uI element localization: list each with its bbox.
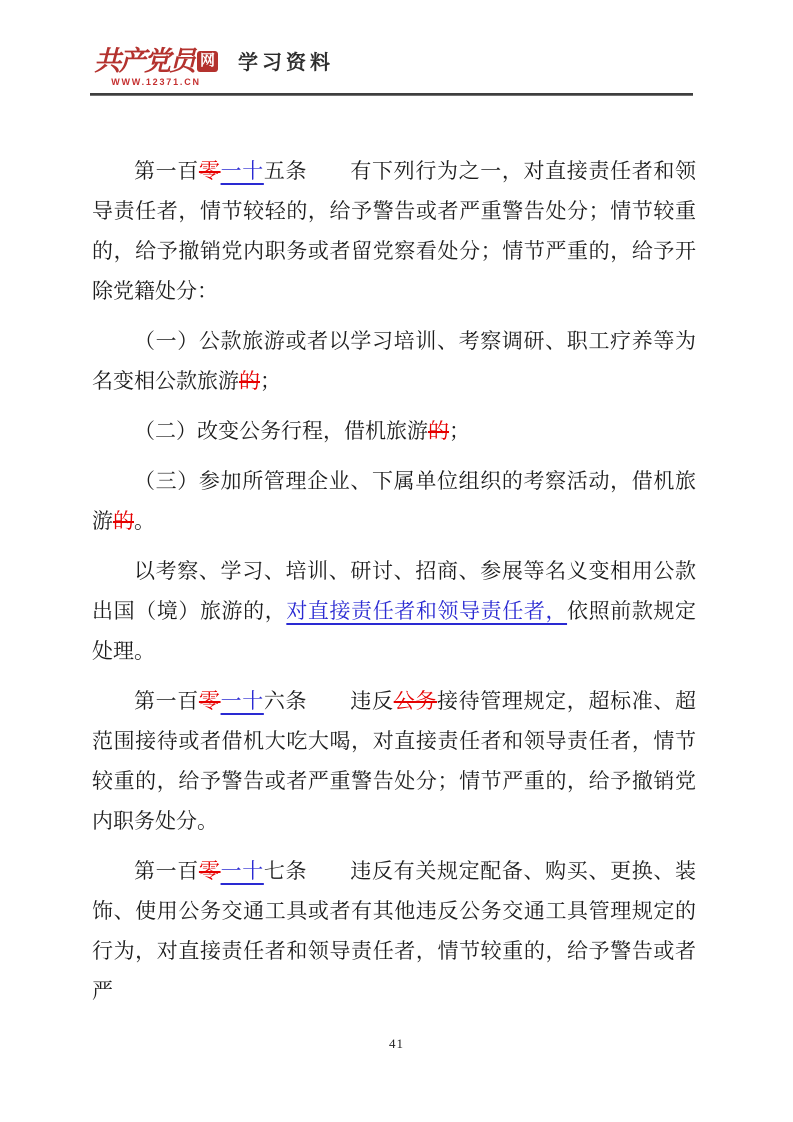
paragraph: 第一百零一十七条 违反有关规定配备、购买、更换、装饰、使用公务交通工具或者有其他… [92,851,696,1011]
site-logo: 共产党员 网 WWW.12371.CN [94,48,218,87]
text-run: （三）参加所管理企业、下属单位组织的考察活动，借机旅游 [92,469,696,533]
text-run: ； [260,369,281,393]
logo-url-text: WWW.12371.CN [111,77,201,87]
deleted-text: 零 [199,159,221,183]
text-run: 第一百 [134,159,199,183]
paragraph: 第一百零一十六条 违反公务接待管理规定，超标准、超范围接待或者借机大吃大喝，对直… [92,681,696,841]
inserted-text: 一十 [221,689,264,713]
text-run: 第一百 [134,859,199,883]
text-run: 六条 违反 [264,689,394,713]
doc-type-label: 学习资料 [238,46,334,87]
paragraph: （三）参加所管理企业、下属单位组织的考察活动，借机旅游的。 [92,461,696,541]
deleted-text: 零 [199,859,221,883]
logo-wang-badge: 网 [197,51,218,72]
deleted-text: 零 [199,689,221,713]
deleted-text: 的 [239,369,260,393]
deleted-text: 的 [113,509,134,533]
text-run: ； [449,419,470,443]
text-run: 。 [134,509,155,533]
text-run: （一）公款旅游或者以学习培训、考察调研、职工疗养等为名变相公款旅游 [92,329,696,393]
document-body: 第一百零一十五条 有下列行为之一，对直接责任者和领导责任者，情节较轻的，给予警告… [92,151,696,1021]
document-page: 共产党员 网 WWW.12371.CN 学习资料 第一百零一十五条 有下列行为之… [0,0,793,1122]
deleted-text: 的 [428,419,449,443]
logo-calligraphy-text: 共产党员 [94,48,194,75]
deleted-text: 公务 [394,689,437,713]
logo-wordmark: 共产党员 网 [94,48,218,75]
text-run: （二）改变公务行程，借机旅游 [134,419,428,443]
paragraph: 第一百零一十五条 有下列行为之一，对直接责任者和领导责任者，情节较轻的，给予警告… [92,151,696,311]
paragraph: 以考察、学习、培训、研讨、招商、参展等名义变相用公款出国（境）旅游的，对直接责任… [92,551,696,671]
text-run: 第一百 [134,689,199,713]
paragraph: （二）改变公务行程，借机旅游的； [92,411,696,451]
paragraph: （一）公款旅游或者以学习培训、考察调研、职工疗养等为名变相公款旅游的； [92,321,696,401]
page-header: 共产党员 网 WWW.12371.CN 学习资料 [94,46,334,87]
inserted-text: 对直接责任者和领导责任者， [286,599,567,623]
inserted-text: 一十 [221,159,264,183]
header-rule [90,93,693,96]
inserted-text: 一十 [221,859,264,883]
page-number: 41 [0,1036,793,1052]
